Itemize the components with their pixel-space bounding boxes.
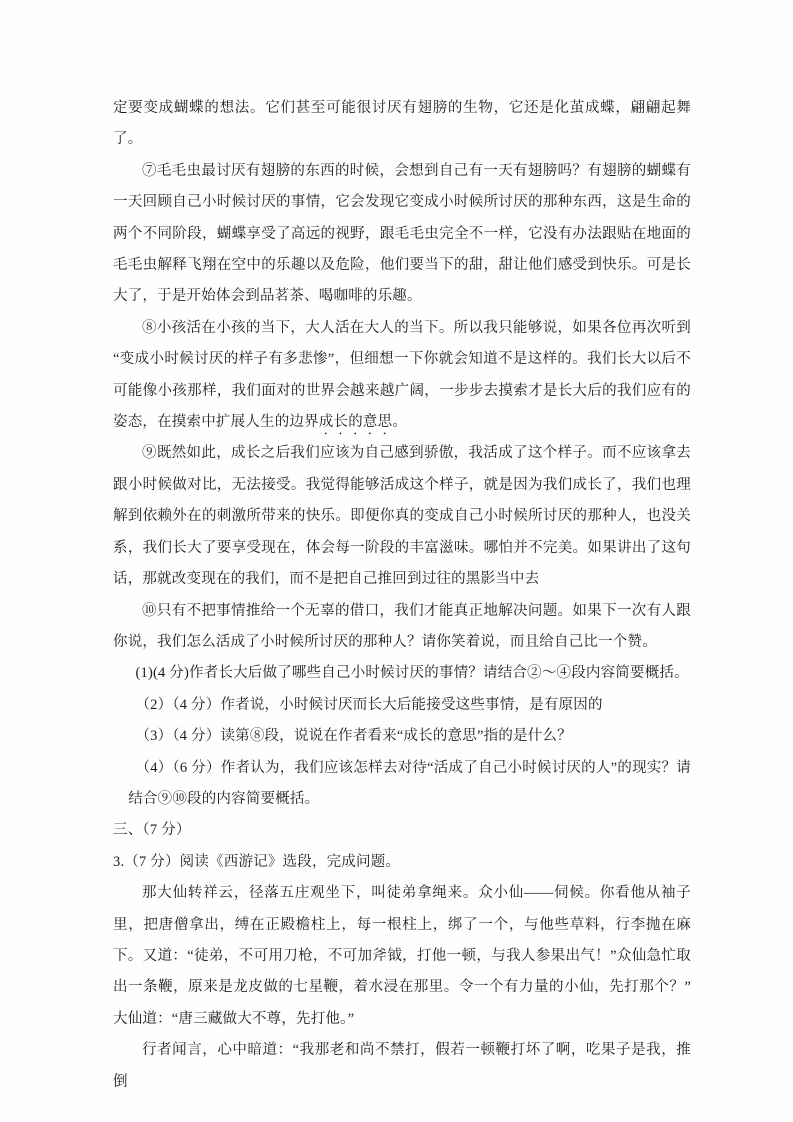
journey-west-excerpt-paragraph-1: 那大仙转祥云，径落五庄观坐下，叫徒弟拿绳来。众小仙——伺候。你看他从袖子里，把唐… xyxy=(113,878,691,1035)
section-three-question-intro: 3.（7 分）阅读《西游记》选段，完成问题。 xyxy=(113,847,691,878)
passage-paragraph-8: ⑧小孩活在小孩的当下，大人活在大人的当下。所以我只能够说，如果各位再次听到“变成… xyxy=(113,313,691,439)
paragraph-8-text-post: 。 xyxy=(392,414,407,430)
passage-continuation-line: 定要变成蝴蝶的想法。它们甚至可能很讨厌有翅膀的生物，它还是化茧成蝶，翩翩起舞了。 xyxy=(113,93,691,156)
passage-paragraph-10: ⑩只有不把事情推给一个无辜的借口，我们才能真正地解决问题。如果下一次有人跟你说，… xyxy=(113,596,691,659)
question-4: （4）（6 分）作者认为，我们应该怎样去对待“活成了自己小时候讨厌的人”的现实？… xyxy=(128,753,691,816)
passage-paragraph-7: ⑦毛毛虫最讨厌有翅膀的东西的时候，会想到自己有一天有翅膀吗？有翅膀的蝴蝶有一天回… xyxy=(113,156,691,313)
paragraph-8-emphasized-phrase: 成长的意思 xyxy=(319,414,393,430)
passage-paragraph-9: ⑨既然如此，成长之后我们应该为自己感到骄傲，我活成了这个样子。而不应该拿去跟小时… xyxy=(113,438,691,595)
reading-passage-section: 定要变成蝴蝶的想法。它们甚至可能很讨厌有翅膀的生物，它还是化茧成蝶，翩翩起舞了。… xyxy=(113,93,691,815)
section-three: 三、（7 分） 3.（7 分）阅读《西游记》选段，完成问题。 那大仙转祥云，径落… xyxy=(113,815,691,1098)
section-three-heading: 三、（7 分） xyxy=(113,815,691,846)
journey-west-excerpt-paragraph-2: 行者闻言，心中暗道：“我那老和尚不禁打，假若一顿鞭打坏了啊，吃果子是我，推倒 xyxy=(113,1035,691,1098)
question-1: (1)(4 分)作者长大后做了哪些自己小时候讨厌的事情？请结合②～④段内容简要概… xyxy=(128,658,691,689)
page-content: 定要变成蝴蝶的想法。它们甚至可能很讨厌有翅膀的生物，它还是化茧成蝶，翩翩起舞了。… xyxy=(113,93,691,1098)
question-3: （3）（4 分）读第⑧段，说说在作者看来“成长的意思”指的是什么？ xyxy=(128,721,691,752)
exam-paper-page: 定要变成蝴蝶的想法。它们甚至可能很讨厌有翅膀的生物，它还是化茧成蝶，翩翩起舞了。… xyxy=(0,0,793,1122)
question-2: （2）（4 分）作者说，小时候讨厌而长大后能接受这些事情，是有原因的 xyxy=(128,690,691,721)
